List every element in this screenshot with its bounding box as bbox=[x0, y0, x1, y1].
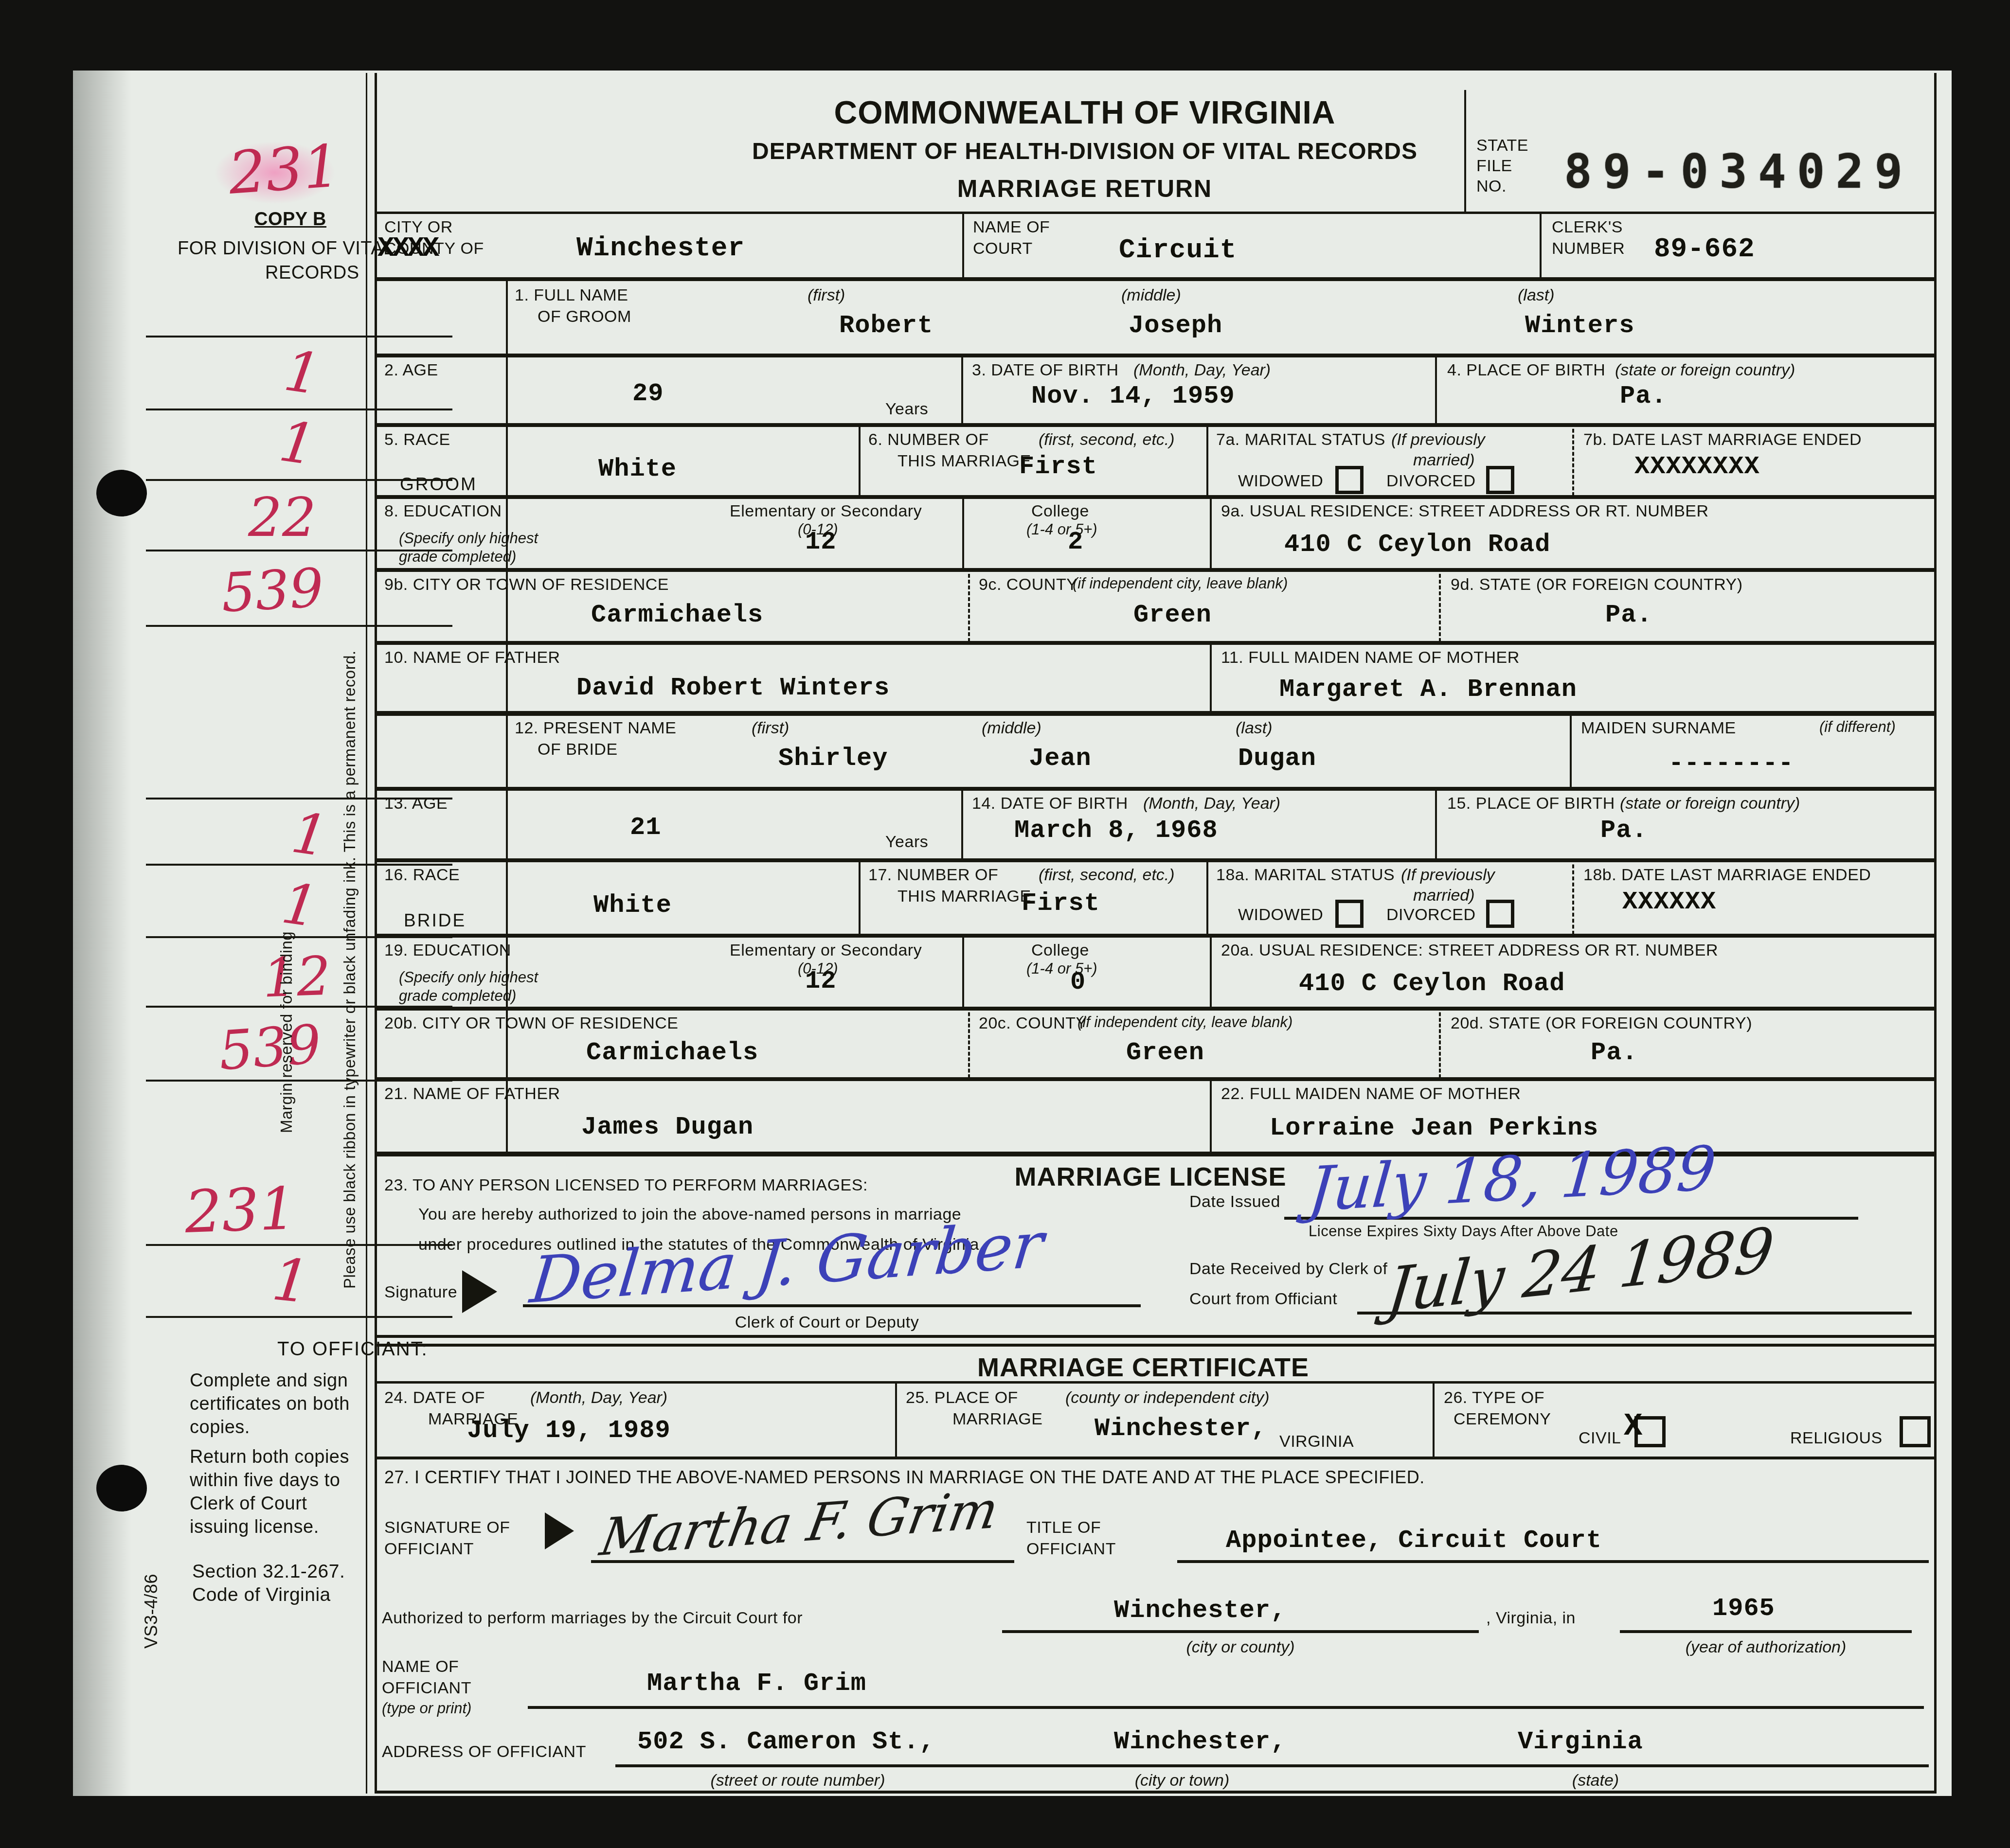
punch-hole-top bbox=[96, 470, 147, 516]
marital-status-sublabel-2: married) bbox=[1413, 451, 1475, 469]
rule bbox=[375, 568, 1937, 572]
instruction-line: within five days to bbox=[190, 1470, 340, 1491]
middle-sublabel: (middle) bbox=[1121, 286, 1181, 304]
virginia-in-label: , Virginia, in bbox=[1486, 1609, 1576, 1627]
authorized-label: Authorized to perform marriages by the C… bbox=[382, 1609, 803, 1627]
code-section-line1: Section 32.1-267. bbox=[192, 1561, 345, 1582]
groom-age-value: 29 bbox=[632, 379, 664, 408]
virginia-label: VIRGINIA bbox=[1279, 1432, 1354, 1451]
city-value: Winchester bbox=[576, 232, 745, 264]
rule bbox=[375, 1457, 1937, 1459]
groom-middle-value: Joseph bbox=[1129, 311, 1222, 340]
bride-race-value: White bbox=[593, 891, 672, 920]
bride-county-sublabel: (if independent city, leave blank) bbox=[1077, 1014, 1292, 1031]
elementary-label: Elementary or Secondary bbox=[730, 502, 922, 520]
groom-county-label: 9c. COUNTY bbox=[979, 575, 1077, 594]
rule-dashed bbox=[1572, 858, 1574, 935]
authorized-city-value: Winchester, bbox=[1114, 1596, 1286, 1625]
groom-marriage-num-label-2: THIS MARRIAGE bbox=[897, 452, 1031, 470]
rule bbox=[375, 495, 1937, 499]
marital-status-sublabel-2: married) bbox=[1413, 886, 1475, 905]
rule bbox=[1435, 354, 1437, 424]
bride-father-label: 21. NAME OF FATHER bbox=[384, 1084, 560, 1103]
bride-city-value: Carmichaels bbox=[586, 1038, 758, 1067]
officiant-title-label-1: TITLE OF bbox=[1026, 1518, 1101, 1537]
court-value: Circuit bbox=[1119, 234, 1237, 266]
instruction-line: Return both copies bbox=[190, 1447, 349, 1468]
groom-pob-value: Pa. bbox=[1620, 382, 1667, 410]
rule bbox=[1435, 787, 1437, 859]
bride-marriage-num-label-2: THIS MARRIAGE bbox=[897, 887, 1031, 906]
marriage-date-label-1: 24. DATE OF bbox=[384, 1388, 485, 1407]
groom-last-marriage-value: XXXXXXXX bbox=[1634, 452, 1760, 481]
elementary-label: Elementary or Secondary bbox=[730, 941, 922, 960]
bride-residence-value: 410 C Ceylon Road bbox=[1299, 969, 1565, 998]
paper-shadow bbox=[73, 71, 131, 1796]
officiant-title-label-2: OFFICIANT bbox=[1026, 1540, 1116, 1558]
code-section-line2: Code of Virginia bbox=[192, 1584, 331, 1606]
scan-band-right bbox=[1952, 0, 2010, 1848]
doc-type-title: MARRIAGE RETURN bbox=[705, 175, 1464, 202]
form-left-border bbox=[375, 73, 377, 1794]
civil-checkbox-x: X bbox=[1624, 1409, 1643, 1444]
bride-dob-value: March 8, 1968 bbox=[1014, 816, 1218, 845]
education-sublabel-1: (Specify only highest bbox=[399, 969, 538, 986]
marriage-num-sublabel: (first, second, etc.) bbox=[1039, 866, 1175, 884]
groom-dob-value: Nov. 14, 1959 bbox=[1031, 382, 1235, 410]
officiant-name-label-2: OFFICIANT bbox=[382, 1679, 471, 1697]
bride-marital-status-label: 18a. MARITAL STATUS bbox=[1216, 866, 1395, 884]
certify-statement: 27. I CERTIFY THAT I JOINED THE ABOVE-NA… bbox=[384, 1468, 1425, 1487]
officiant-name-value: Martha F. Grim bbox=[647, 1669, 866, 1698]
rule bbox=[375, 354, 1937, 357]
bride-education-label: 19. EDUCATION bbox=[384, 941, 511, 960]
groom-marriage-num-value: First bbox=[1019, 452, 1097, 481]
rule-dashed bbox=[1572, 423, 1574, 496]
rule bbox=[375, 787, 1937, 791]
groom-father-label: 10. NAME OF FATHER bbox=[384, 648, 560, 667]
rule bbox=[375, 423, 1937, 427]
copy-label: COPY B bbox=[254, 209, 326, 230]
city-or-county-caption: (city or county) bbox=[1070, 1638, 1411, 1656]
rule bbox=[375, 1007, 1937, 1011]
groom-marital-status-label: 7a. MARITAL STATUS bbox=[1216, 430, 1385, 449]
name-of-court-label-1: NAME OF bbox=[973, 218, 1050, 236]
signature-label: Signature bbox=[384, 1283, 457, 1301]
groom-county-sublabel: (if independent city, leave blank) bbox=[1073, 575, 1288, 592]
instruction-line: issuing license. bbox=[190, 1517, 319, 1538]
commonwealth-title: COMMONWEALTH OF VIRGINIA bbox=[705, 95, 1464, 131]
rule bbox=[1570, 711, 1572, 788]
rule bbox=[375, 212, 1937, 214]
rule bbox=[375, 1335, 1937, 1338]
margin-number: 539 bbox=[220, 557, 325, 624]
street-caption: (street or route number) bbox=[628, 1771, 968, 1790]
year-of-authorization-caption: (year of authorization) bbox=[1605, 1638, 1926, 1656]
first-sublabel: (first) bbox=[808, 286, 845, 304]
groom-mother-value: Margaret A. Brennan bbox=[1279, 675, 1577, 704]
groom-side-label: GROOM bbox=[400, 474, 477, 494]
binding-rule bbox=[366, 73, 367, 1794]
bride-pob-value: Pa. bbox=[1600, 816, 1648, 845]
bride-pob-label: 15. PLACE OF BIRTH bbox=[1447, 794, 1615, 813]
college-range: (1-4 or 5+) bbox=[1026, 521, 1097, 538]
officiant-signature-label-2: OFFICIANT bbox=[384, 1540, 474, 1558]
margin-line bbox=[146, 336, 452, 338]
bride-widowed-checkbox[interactable] bbox=[1335, 900, 1364, 928]
city-caption: (city or town) bbox=[1022, 1771, 1343, 1790]
bride-middle-value: Jean bbox=[1029, 744, 1092, 773]
margin-number: 539 bbox=[217, 1013, 323, 1082]
bride-name-label-2: OF BRIDE bbox=[538, 740, 618, 759]
groom-age-label: 2. AGE bbox=[384, 361, 438, 379]
maiden-surname-label: MAIDEN SURNAME bbox=[1581, 719, 1736, 737]
margin-line bbox=[146, 409, 452, 410]
college-range: (1-4 or 5+) bbox=[1026, 960, 1097, 977]
copy-for-line2: RECORDS bbox=[265, 263, 359, 284]
rule bbox=[375, 277, 1937, 281]
education-sublabel-2: grade completed) bbox=[399, 988, 516, 1005]
officiant-address-line[interactable] bbox=[615, 1764, 1929, 1767]
marriage-place-label-2: MARRIAGE bbox=[952, 1410, 1042, 1428]
certificate-title: MARRIAGE CERTIFICATE bbox=[827, 1353, 1459, 1382]
officiant-name-sublabel: (type or print) bbox=[382, 1700, 471, 1717]
groom-dob-label: 3. DATE OF BIRTH bbox=[972, 361, 1118, 379]
bride-state-label: 20d. STATE (OR FOREIGN COUNTRY) bbox=[1451, 1014, 1752, 1032]
margin-line bbox=[146, 625, 452, 627]
marriage-place-sublabel: (county or independent city) bbox=[1065, 1388, 1270, 1407]
groom-college-value: 2 bbox=[1068, 528, 1083, 556]
bride-mother-label: 22. FULL MAIDEN NAME OF MOTHER bbox=[1221, 1084, 1521, 1103]
groom-father-value: David Robert Winters bbox=[576, 674, 890, 702]
address-street-value: 502 S. Cameron St., bbox=[637, 1727, 935, 1756]
instruction-line: copies. bbox=[190, 1417, 250, 1438]
date-received-label-1: Date Received by Clerk of bbox=[1189, 1260, 1387, 1278]
authorized-city-line[interactable] bbox=[1002, 1630, 1479, 1633]
instruction-line: Complete and sign bbox=[190, 1370, 348, 1391]
state-file-label-2: FILE bbox=[1476, 157, 1512, 175]
officiant-signature-label-1: SIGNATURE OF bbox=[384, 1518, 510, 1537]
groom-county-value: Green bbox=[1133, 601, 1212, 629]
to-officiant-title: TO OFFICIANT: bbox=[277, 1338, 428, 1360]
marriage-num-sublabel: (first, second, etc.) bbox=[1039, 430, 1175, 449]
rule-dashed bbox=[1439, 568, 1441, 642]
form-code: VS3-4/86 bbox=[141, 1574, 162, 1649]
scan-band-bottom bbox=[0, 1796, 2010, 1848]
divorced-label: DIVORCED bbox=[1386, 472, 1475, 490]
rule bbox=[375, 1077, 1937, 1081]
bride-residence-label: 20a. USUAL RESIDENCE: STREET ADDRESS OR … bbox=[1221, 941, 1718, 960]
rule-dashed bbox=[968, 568, 970, 642]
groom-state-value: Pa. bbox=[1605, 601, 1652, 629]
department-title: DEPARTMENT OF HEALTH-DIVISION OF VITAL R… bbox=[705, 139, 1464, 165]
signature-arrow-icon bbox=[462, 1270, 497, 1313]
maiden-surname-sublabel: (if different) bbox=[1819, 719, 1896, 736]
marriage-place-value: Winchester, bbox=[1095, 1414, 1267, 1443]
license-to-any-label: 23. TO ANY PERSON LICENSED TO PERFORM MA… bbox=[384, 1176, 868, 1194]
rule bbox=[895, 1381, 897, 1457]
marriage-date-sublabel: (Month, Day, Year) bbox=[530, 1388, 667, 1407]
margin-number: 231 bbox=[184, 1175, 298, 1246]
rule bbox=[375, 858, 1937, 862]
years-label: Years bbox=[885, 833, 928, 851]
groom-residence-value: 410 C Ceylon Road bbox=[1284, 530, 1551, 559]
bride-dob-sublabel: (Month, Day, Year) bbox=[1143, 794, 1280, 813]
bride-name-label-1: 12. PRESENT NAME bbox=[515, 719, 676, 737]
bride-pob-sublabel: (state or foreign country) bbox=[1620, 794, 1800, 813]
bride-age-value: 21 bbox=[630, 813, 661, 842]
scan-band-top bbox=[0, 0, 2010, 71]
authorized-year-line[interactable] bbox=[1620, 1630, 1912, 1633]
rule bbox=[859, 858, 861, 935]
rule bbox=[375, 711, 1937, 716]
officiant-address-label: ADDRESS OF OFFICIANT bbox=[382, 1742, 586, 1761]
address-city-value: Winchester, bbox=[1114, 1727, 1286, 1756]
rule bbox=[1210, 934, 1212, 1008]
groom-last-marriage-label: 7b. DATE LAST MARRIAGE ENDED bbox=[1583, 430, 1862, 449]
groom-pob-sublabel: (state or foreign country) bbox=[1615, 361, 1795, 379]
bride-marriage-num-value: First bbox=[1022, 889, 1100, 918]
bride-age-label: 13. AGE bbox=[384, 794, 448, 813]
bride-dob-label: 14. DATE OF BIRTH bbox=[972, 794, 1128, 813]
groom-mother-label: 11. FULL MAIDEN NAME OF MOTHER bbox=[1221, 648, 1520, 667]
name-of-court-label-2: COURT bbox=[973, 239, 1033, 258]
margin-number: 12 bbox=[262, 945, 332, 1010]
margin-line bbox=[146, 1316, 452, 1318]
bride-city-label: 20b. CITY OR TOWN OF RESIDENCE bbox=[384, 1014, 678, 1032]
state-file-label-3: NO. bbox=[1476, 177, 1507, 195]
college-label: College bbox=[1031, 502, 1089, 520]
county-of-label: COUNTY XXXX OF bbox=[384, 239, 484, 258]
bride-last-marriage-value: XXXXXX bbox=[1622, 888, 1716, 916]
form-right-border bbox=[1934, 73, 1937, 1794]
scanned-document: 231 COPY B FOR DIVISION OF VITAL RECORDS… bbox=[0, 0, 2010, 1848]
instruction-line: certificates on both bbox=[190, 1394, 350, 1415]
bride-last-marriage-label: 18b. DATE LAST MARRIAGE ENDED bbox=[1583, 866, 1871, 884]
last-sublabel: (last) bbox=[1236, 719, 1273, 737]
marriage-place-label-1: 25. PLACE OF bbox=[906, 1388, 1018, 1407]
education-sublabel-1: (Specify only highest bbox=[399, 530, 538, 547]
authorized-year-value: 1965 bbox=[1712, 1594, 1775, 1623]
bride-college-value: 0 bbox=[1070, 968, 1086, 996]
rule bbox=[961, 354, 963, 424]
officiant-signature-arrow-icon bbox=[545, 1512, 574, 1549]
bride-last-value: Dugan bbox=[1238, 744, 1316, 773]
last-sublabel: (last) bbox=[1518, 286, 1555, 304]
clerk-number-value: 89-662 bbox=[1654, 233, 1755, 265]
margin-number: 22 bbox=[248, 486, 316, 549]
marital-status-sublabel-1: (If previously bbox=[1401, 866, 1495, 884]
rule bbox=[1433, 1381, 1435, 1457]
bride-father-value: James Dugan bbox=[581, 1113, 754, 1141]
clerks-number-label-2: NUMBER bbox=[1552, 239, 1625, 258]
margin-number-top: 231 bbox=[226, 132, 342, 208]
groom-residence-label: 9a. USUAL RESIDENCE: STREET ADDRESS OR R… bbox=[1221, 502, 1709, 520]
groom-name-label-1: 1. FULL NAME bbox=[515, 286, 628, 304]
divorced-label: DIVORCED bbox=[1386, 906, 1475, 924]
groom-first-value: Robert bbox=[839, 311, 933, 340]
first-sublabel: (first) bbox=[752, 719, 789, 737]
officiant-title-line[interactable] bbox=[1177, 1560, 1929, 1563]
groom-widowed-checkbox[interactable] bbox=[1335, 466, 1364, 494]
religious-label: RELIGIOUS bbox=[1790, 1429, 1883, 1447]
bride-divorced-checkbox[interactable] bbox=[1486, 900, 1514, 928]
groom-pob-label: 4. PLACE OF BIRTH bbox=[1447, 361, 1605, 379]
rule bbox=[375, 1344, 1937, 1347]
date-received-label-2: Court from Officiant bbox=[1189, 1290, 1337, 1308]
clerk-of-court-caption: Clerk of Court or Deputy bbox=[608, 1313, 1046, 1332]
punch-hole-bottom bbox=[96, 1465, 147, 1511]
groom-elementary-value: 12 bbox=[805, 528, 836, 556]
years-label: Years bbox=[885, 400, 928, 418]
of-word: OF bbox=[461, 239, 484, 258]
widowed-label: WIDOWED bbox=[1238, 472, 1323, 490]
groom-last-value: Winters bbox=[1525, 311, 1634, 340]
scan-band-left bbox=[0, 0, 73, 1848]
religious-checkbox[interactable] bbox=[1900, 1416, 1931, 1447]
rule bbox=[375, 1791, 1937, 1794]
rule bbox=[961, 787, 963, 859]
bride-county-label: 20c. COUNTY bbox=[979, 1014, 1087, 1032]
bride-mother-value: Lorraine Jean Perkins bbox=[1270, 1114, 1598, 1142]
instruction-line: Clerk of Court bbox=[190, 1493, 307, 1514]
rule bbox=[1210, 1077, 1212, 1153]
typed-strikeout: XXXX bbox=[377, 233, 437, 265]
rule-dashed bbox=[968, 1007, 970, 1078]
groom-city-value: Carmichaels bbox=[591, 601, 763, 629]
state-file-number: 89-034029 bbox=[1564, 146, 1913, 198]
address-state-value: Virginia bbox=[1518, 1727, 1643, 1756]
bride-elementary-value: 12 bbox=[805, 967, 836, 995]
groom-race-label: 5. RACE bbox=[384, 430, 450, 449]
marriage-date-value: July 19, 1989 bbox=[467, 1416, 671, 1445]
bride-state-value: Pa. bbox=[1591, 1038, 1638, 1067]
margin-note-ribbon: Please use black ribbon in typewriter or… bbox=[341, 650, 359, 1289]
ceremony-type-label-2: CEREMONY bbox=[1454, 1410, 1551, 1428]
groom-dob-sublabel: (Month, Day, Year) bbox=[1133, 361, 1271, 379]
bride-race-label: 16. RACE bbox=[384, 866, 460, 884]
groom-divorced-checkbox[interactable] bbox=[1486, 466, 1514, 494]
maiden-surname-value: -------- bbox=[1669, 749, 1794, 778]
rule bbox=[859, 423, 861, 496]
rule bbox=[962, 934, 964, 1008]
rule bbox=[1210, 641, 1212, 712]
bride-county-value: Green bbox=[1126, 1038, 1204, 1067]
rule bbox=[1206, 858, 1208, 935]
rule bbox=[1540, 212, 1542, 277]
bride-side-label: BRIDE bbox=[404, 910, 466, 930]
rule bbox=[375, 641, 1937, 645]
rule bbox=[375, 934, 1937, 938]
state-caption: (state) bbox=[1435, 1771, 1756, 1790]
bride-marriage-num-label-1: 17. NUMBER OF bbox=[868, 866, 998, 884]
state-file-label-1: STATE bbox=[1476, 136, 1528, 155]
rule-dashed bbox=[1439, 1007, 1441, 1078]
bride-first-value: Shirley bbox=[778, 744, 888, 773]
margin-note-binding: Margin reserved for binding bbox=[277, 931, 296, 1133]
officiant-name-label-1: NAME OF bbox=[382, 1657, 459, 1676]
copy-for-line1: FOR DIVISION OF VITAL bbox=[178, 238, 394, 259]
ceremony-type-label-1: 26. TYPE OF bbox=[1444, 1388, 1544, 1407]
marital-status-sublabel-1: (If previously bbox=[1391, 430, 1485, 449]
groom-education-label: 8. EDUCATION bbox=[384, 502, 502, 520]
rule bbox=[1206, 423, 1208, 496]
groom-state-label: 9d. STATE (OR FOREIGN COUNTRY) bbox=[1451, 575, 1743, 594]
margin-number: 1 bbox=[269, 1245, 313, 1316]
groom-name-label-2: OF GROOM bbox=[538, 307, 631, 326]
rule bbox=[962, 212, 964, 277]
rule bbox=[962, 495, 964, 569]
groom-race-value: White bbox=[598, 455, 677, 483]
clerks-number-label-1: CLERK'S bbox=[1552, 218, 1623, 236]
officiant-name-line[interactable] bbox=[528, 1706, 1924, 1709]
date-issued-label: Date Issued bbox=[1189, 1192, 1280, 1211]
groom-city-label: 9b. CITY OR TOWN OF RESIDENCE bbox=[384, 575, 669, 594]
civil-label: CIVIL bbox=[1579, 1429, 1621, 1447]
education-sublabel-2: grade completed) bbox=[399, 549, 516, 566]
middle-sublabel: (middle) bbox=[982, 719, 1041, 737]
officiant-title-value: Appointee, Circuit Court bbox=[1226, 1526, 1602, 1555]
college-label: College bbox=[1031, 941, 1089, 960]
groom-marriage-num-label-1: 6. NUMBER OF bbox=[868, 430, 989, 449]
state-file-divider bbox=[1464, 90, 1466, 212]
widowed-label: WIDOWED bbox=[1238, 906, 1323, 924]
rule bbox=[1210, 495, 1212, 569]
